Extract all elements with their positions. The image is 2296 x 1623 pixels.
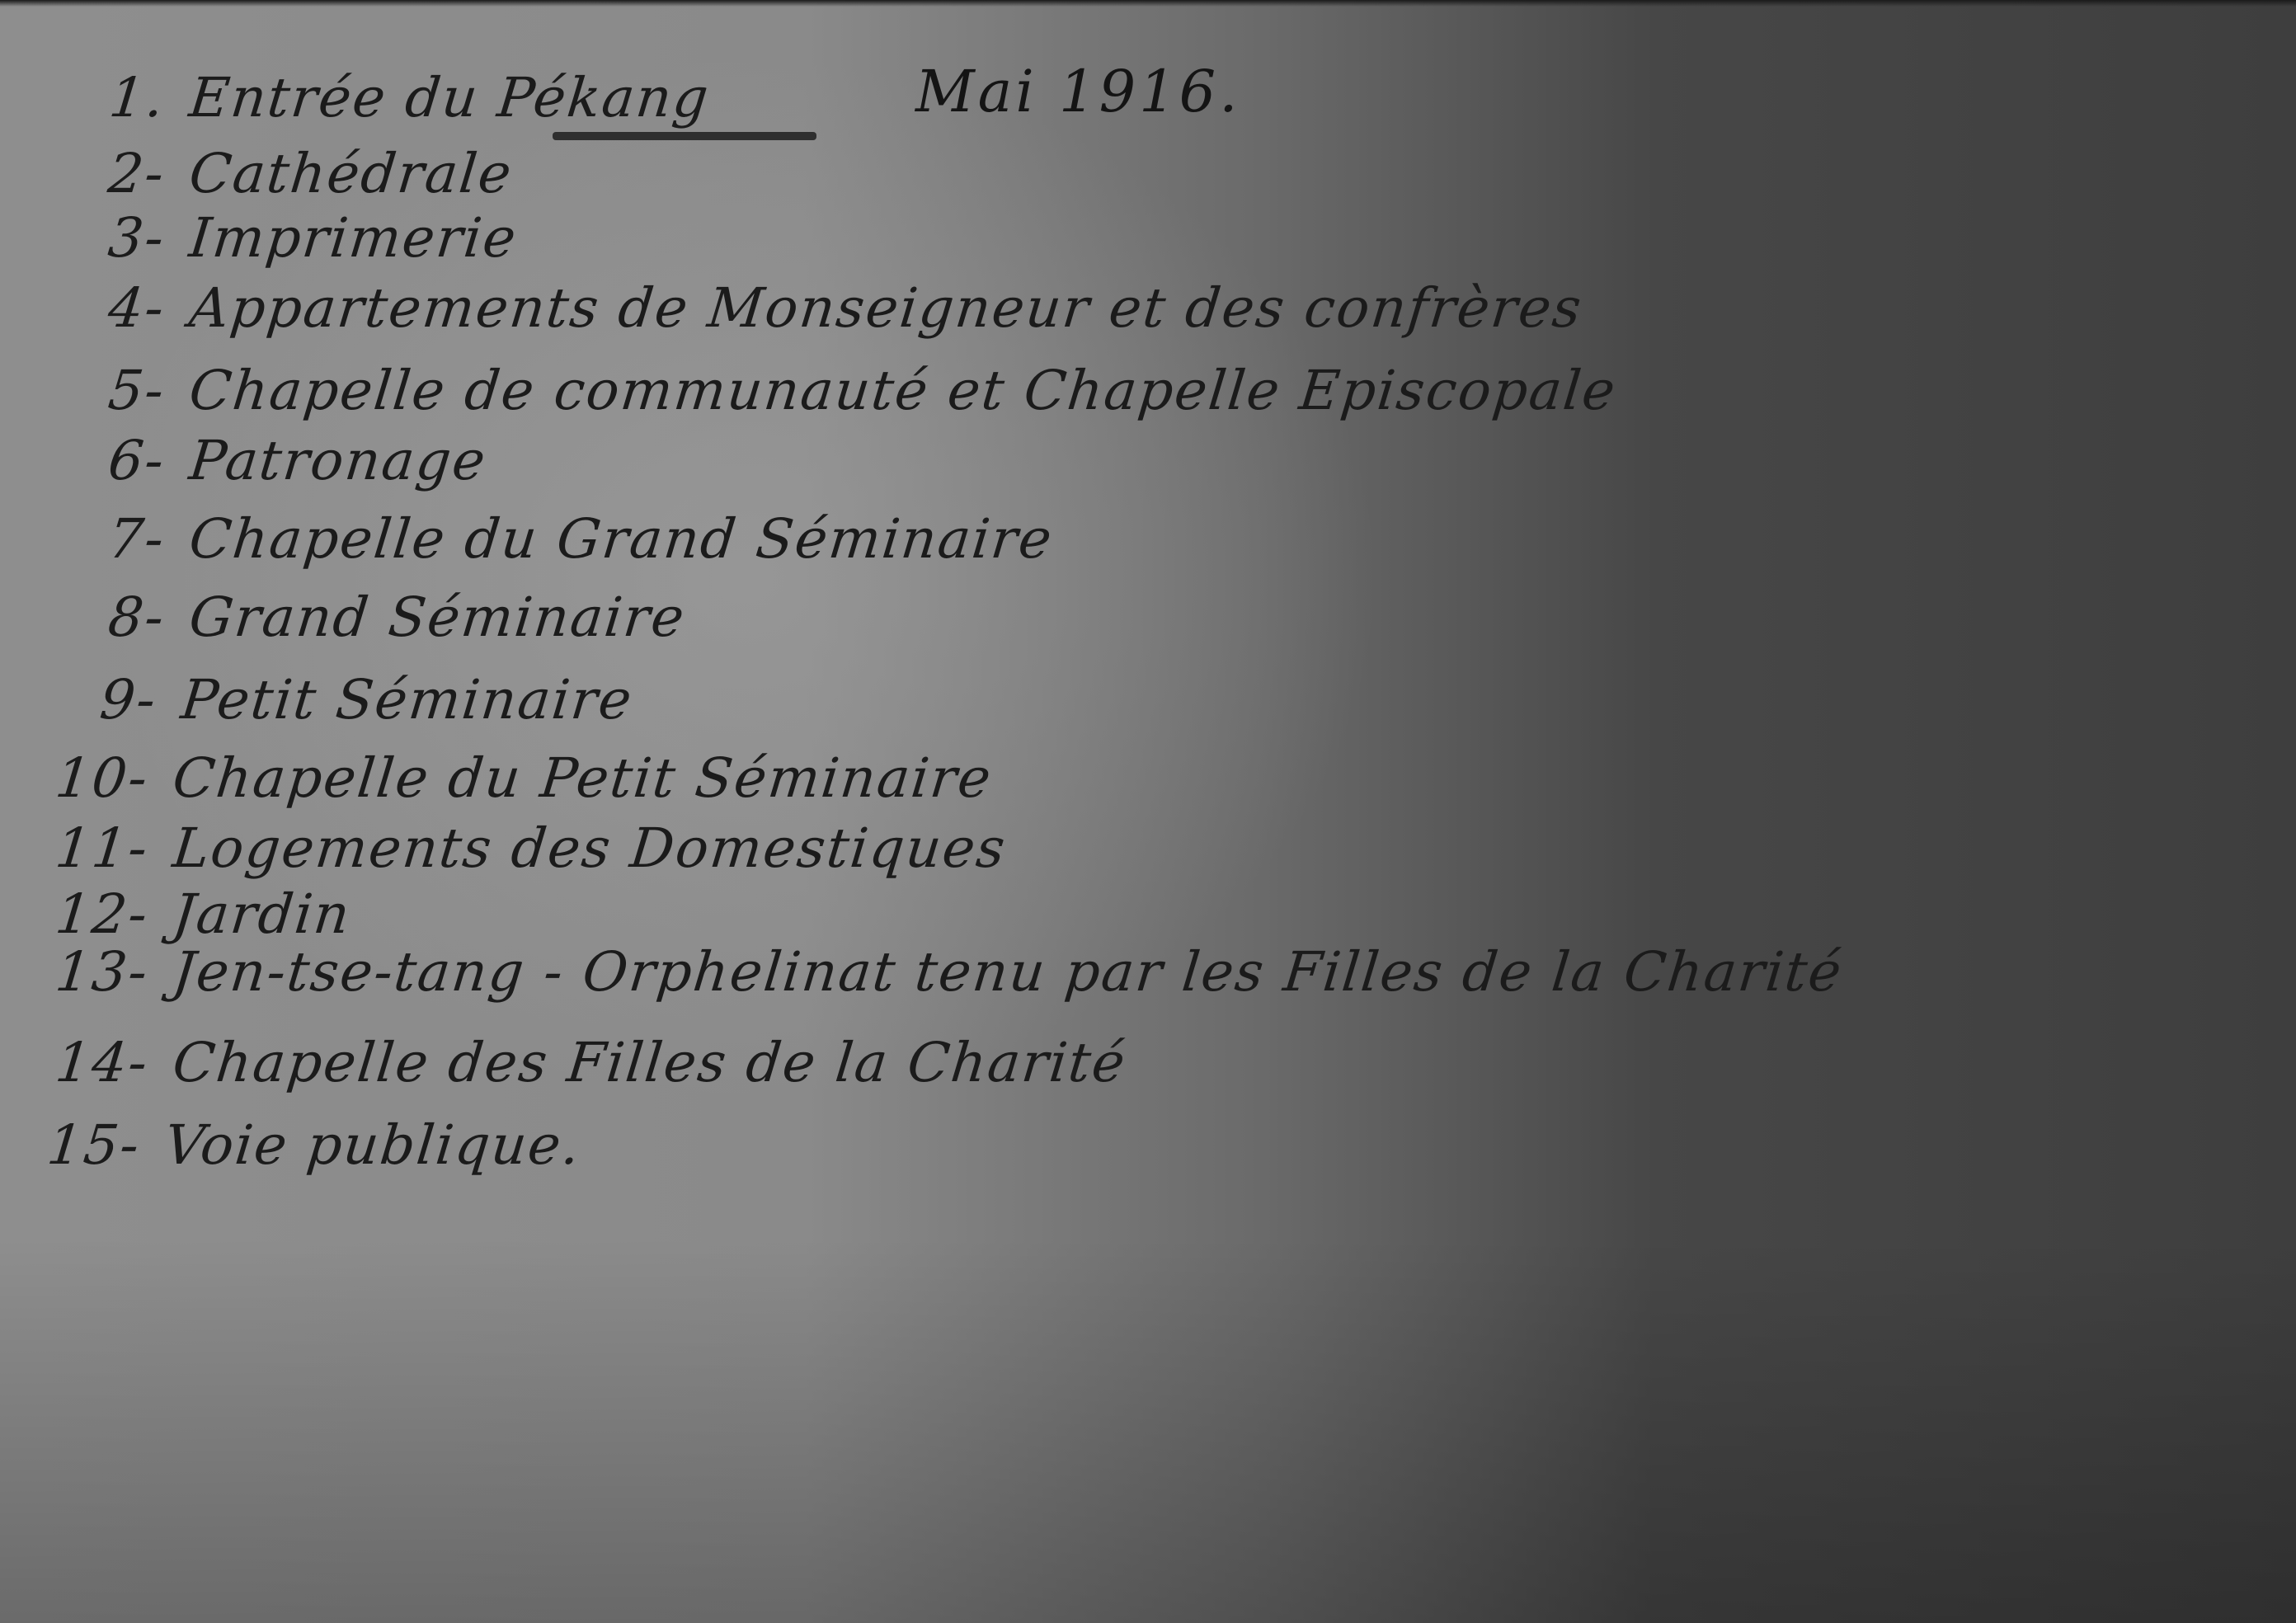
item-number: 14- bbox=[46, 1031, 152, 1094]
item-number: 12- bbox=[46, 882, 152, 946]
paper-top-edge bbox=[0, 0, 2296, 7]
list-item: 3-Imprimerie bbox=[63, 206, 520, 270]
list-item: 11-Logements des Domestiques bbox=[46, 816, 1009, 880]
list-item: 12-Jardin bbox=[46, 882, 354, 946]
paper-shadow bbox=[0, 1237, 2296, 1623]
item-number: 3- bbox=[63, 206, 168, 270]
list-item: 14-Chapelle des Filles de la Charité bbox=[46, 1031, 1130, 1094]
item-text: Chapelle du Grand Séminaire bbox=[186, 507, 1056, 571]
item-number: 13- bbox=[46, 940, 152, 1004]
item-text: Cathédrale bbox=[186, 142, 515, 205]
item-text: Jardin bbox=[170, 882, 354, 946]
list-item: 10-Chapelle du Petit Séminaire bbox=[46, 746, 995, 810]
list-item: 4-Appartements de Monseigneur et des con… bbox=[63, 276, 1586, 340]
list-item: 1.Entrée du Pékang bbox=[63, 66, 713, 129]
item-number: 15- bbox=[38, 1113, 143, 1177]
item-text: Logements des Domestiques bbox=[170, 816, 1009, 880]
item-number: 11- bbox=[46, 816, 152, 880]
list-item: 7-Chapelle du Grand Séminaire bbox=[63, 507, 1056, 571]
item-text: Patronage bbox=[186, 429, 490, 492]
item-number: 4- bbox=[63, 276, 168, 340]
list-item: 15-Voie publique. bbox=[38, 1113, 585, 1177]
item-text: Entrée du Pékang bbox=[186, 66, 713, 129]
underline-mark bbox=[553, 132, 816, 140]
list-item: 2-Cathédrale bbox=[63, 142, 515, 205]
document-date: Mai 1916. bbox=[915, 58, 1240, 125]
item-text: Appartements de Monseigneur et des confr… bbox=[186, 276, 1586, 340]
list-item: 13-Jen-tse-tang - Orphelinat tenu par le… bbox=[46, 940, 1846, 1004]
item-text: Voie publique. bbox=[162, 1113, 585, 1177]
paper-sheet: Mai 1916. 1.Entrée du Pékang 2-Cathédral… bbox=[0, 0, 2296, 1623]
item-text: Chapelle des Filles de la Charité bbox=[170, 1031, 1130, 1094]
item-text: Petit Séminaire bbox=[178, 668, 636, 732]
item-number: 5- bbox=[63, 359, 168, 422]
item-text: Chapelle du Petit Séminaire bbox=[170, 746, 995, 810]
list-item: 5-Chapelle de communauté et Chapelle Epi… bbox=[63, 359, 1620, 422]
item-number: 2- bbox=[63, 142, 168, 205]
item-text: Chapelle de communauté et Chapelle Episc… bbox=[186, 359, 1620, 422]
item-text: Imprimerie bbox=[186, 206, 520, 270]
item-number: 6- bbox=[63, 429, 168, 492]
item-number: 1. bbox=[63, 66, 168, 129]
item-text: Grand Séminaire bbox=[186, 586, 689, 649]
list-item: 9-Petit Séminaire bbox=[54, 668, 636, 732]
item-number: 8- bbox=[63, 586, 168, 649]
list-item: 6-Patronage bbox=[63, 429, 490, 492]
item-number: 10- bbox=[46, 746, 152, 810]
item-number: 7- bbox=[63, 507, 168, 571]
item-text: Jen-tse-tang - Orphelinat tenu par les F… bbox=[170, 940, 1846, 1004]
item-number: 9- bbox=[54, 668, 160, 732]
list-item: 8-Grand Séminaire bbox=[63, 586, 689, 649]
